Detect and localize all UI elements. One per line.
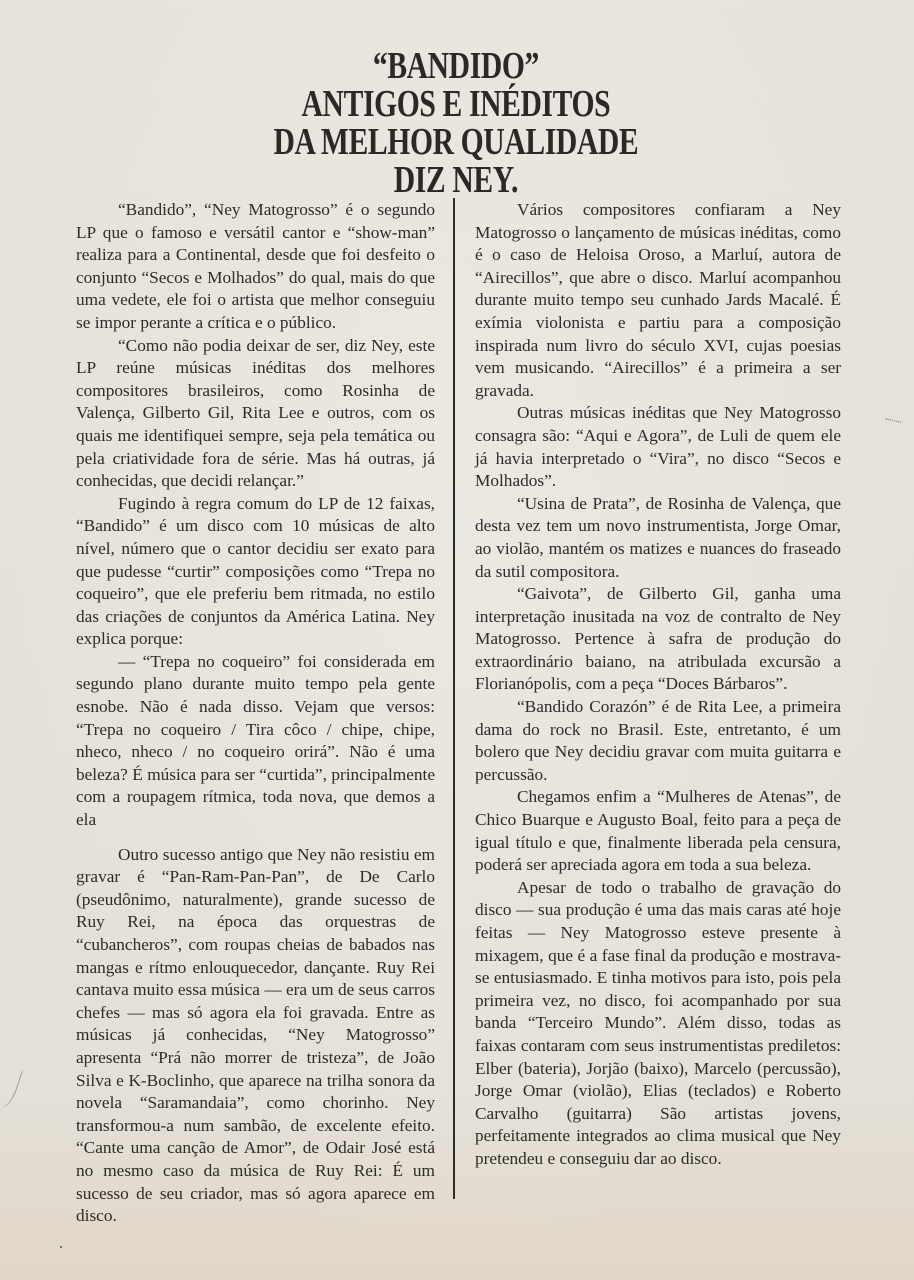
headline-line-4: DIZ NEY.: [99, 161, 812, 199]
paragraph: “Gaivota”, de Gilberto Gil, ganha uma in…: [475, 583, 841, 696]
headline-line-3: DA MELHOR QUALIDADE: [99, 123, 812, 161]
right-column: Vários compositores confiaram a Ney Mato…: [475, 199, 841, 1171]
paragraph: — “Trepa no coqueiro” foi considerada em…: [76, 651, 435, 832]
paragraph: “Usina de Prata”, de Rosinha de Valença,…: [475, 493, 841, 583]
pencil-mark: [885, 418, 901, 424]
paragraph: Vários compositores confiaram a Ney Mato…: [475, 199, 841, 402]
magazine-page: “BANDIDO” ANTIGOS E INÉDITOS DA MELHOR Q…: [0, 0, 914, 1280]
headline-line-1: “BANDIDO”: [99, 47, 812, 85]
paragraph: “Bandido Corazón” é de Rita Lee, a prime…: [475, 696, 841, 786]
paragraph: Apesar de todo o trabalho de gravação do…: [475, 877, 841, 1171]
paragraph: Fugindo à regra comum do LP de 12 faixas…: [76, 493, 435, 651]
paragraph: Chegamos enfim a “Mulheres de Atenas”, d…: [475, 786, 841, 876]
headline-line-2: ANTIGOS E INÉDITOS: [99, 85, 812, 123]
paragraph: “Como não podia deixar de ser, diz Ney, …: [76, 335, 435, 493]
paragraph: Outro sucesso antigo que Ney não resisti…: [76, 844, 435, 1228]
column-divider: [453, 198, 455, 1199]
paragraph: Outras músicas inéditas que Ney Matogros…: [475, 402, 841, 492]
left-column: “Bandido”, “Ney Matogrosso” é o segundo …: [76, 199, 435, 1228]
headline: “BANDIDO” ANTIGOS E INÉDITOS DA MELHOR Q…: [99, 47, 812, 199]
speck: [60, 1246, 62, 1248]
pencil-mark: [0, 1067, 23, 1110]
paragraph: “Bandido”, “Ney Matogrosso” é o segundo …: [76, 199, 435, 335]
